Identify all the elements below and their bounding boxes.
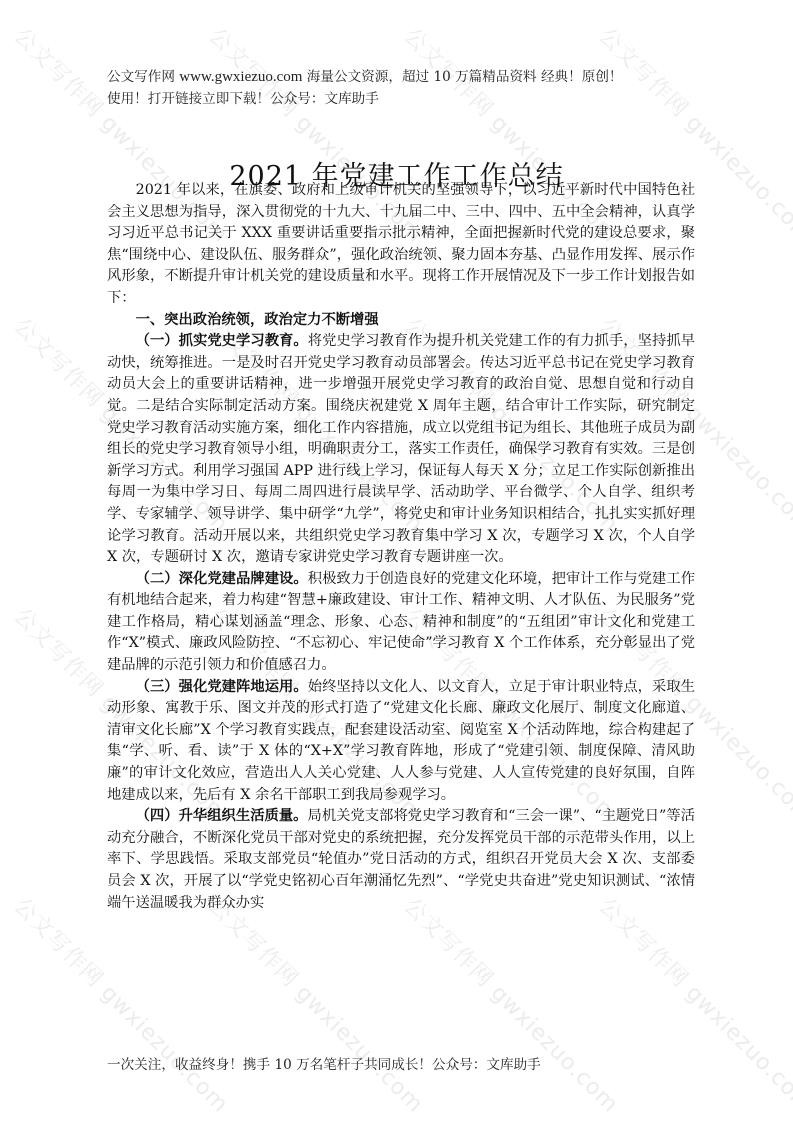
watermark-text: 公文写作网 gwxiezuo.com	[593, 890, 793, 1119]
site-link[interactable]: www.gwxiezuo.com	[179, 69, 302, 85]
subsection-lead-2: （二）深化党建品牌建设。	[136, 571, 308, 587]
subsection-paragraph-4: （四）升华组织生活质量。局机关党支部将党史学习教育和“三会一课”、“主题党日”等…	[107, 806, 695, 914]
header-promo-prefix: 公文写作网	[107, 69, 179, 85]
watermark-text: 公文写作网 gwxiezuo.com	[203, 890, 432, 1119]
watermark-text: 公文写作网 gwxiezuo.com	[398, 890, 627, 1119]
footer-promo-note: 一次关注，收益终身！携手 10 万名笔杆子共同成长！公众号：文库助手	[107, 1054, 697, 1076]
document-body: 2021 年以来，在旗委、政府和上级审计机关的坚强领导下，以习近平新时代中国特色…	[107, 180, 695, 914]
subsection-paragraph-3: （三）强化党建阵地运用。始终坚持以文化人、以文育人，立足于审计职业特点，采取生动…	[107, 677, 695, 807]
subsection-paragraph-1: （一）抓实党史学习教育。将党史学习教育作为提升机关党建工作的有力抓手，坚持抓早动…	[107, 331, 695, 569]
header-promo-suffix: 海量公文资源，超过 10 万篇精品资料 经典！原创！	[302, 69, 622, 85]
subsection-body-1: 将党史学习教育作为提升机关党建工作的有力抓手，坚持抓早动快，统筹推进。一是及时召…	[107, 333, 695, 565]
section-heading-1: 一、突出政治统领，政治定力不断增强	[107, 310, 695, 332]
header-promo-note: 公文写作网 www.gwxiezuo.com 海量公文资源，超过 10 万篇精品…	[107, 66, 697, 110]
subsection-lead-1: （一）抓实党史学习教育。	[136, 333, 308, 349]
watermark-text: 公文写作网 gwxiezuo.com	[8, 890, 237, 1119]
header-promo-line-1: 公文写作网 www.gwxiezuo.com 海量公文资源，超过 10 万篇精品…	[107, 66, 697, 88]
header-promo-line-2: 使用！打开链接立即下载！公众号：文库助手	[107, 88, 697, 110]
subsection-paragraph-2: （二）深化党建品牌建设。积极致力于创造良好的党建文化环境，把审计工作与党建工作有…	[107, 569, 695, 677]
intro-paragraph: 2021 年以来，在旗委、政府和上级审计机关的坚强领导下，以习近平新时代中国特色…	[107, 180, 695, 310]
subsection-lead-4: （四）升华组织生活质量。	[136, 808, 308, 824]
subsection-lead-3: （三）强化党建阵地运用。	[136, 679, 308, 695]
subsection-body-3: 始终坚持以文化人、以文育人，立足于审计职业特点，采取生动形象、寓教于乐、图文并茂…	[107, 679, 695, 803]
